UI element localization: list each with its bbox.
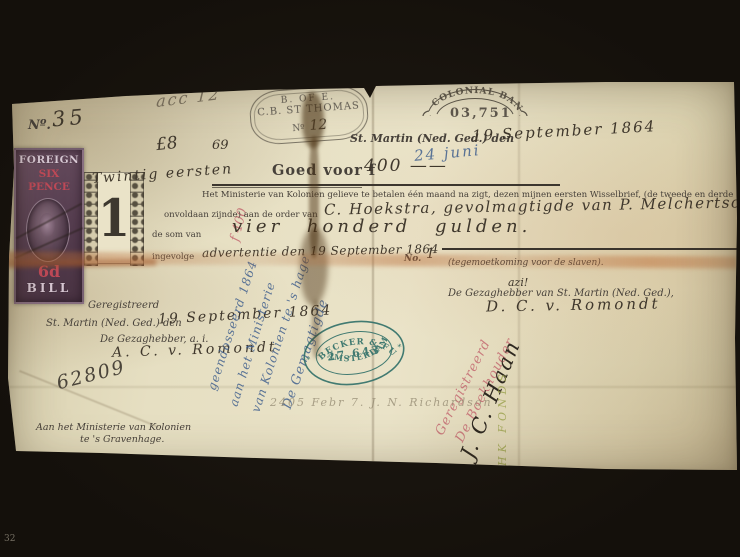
photo-mat: 32 31 acc 12 Nº. 35 FOREIGN SIX PENCE 6d…	[0, 0, 740, 557]
revenue-stamp-country: FOREIGN	[16, 154, 82, 166]
exchange-note-pounds: £8	[155, 133, 179, 155]
becker-fuld-star: *	[306, 355, 311, 364]
dateline-handwritten-date: 19 September 1864	[472, 117, 657, 145]
bottom-ink-number: 62809	[54, 356, 128, 394]
mat-pencil-mark: 32	[4, 534, 15, 544]
amount-handwritten: 400 ——	[364, 156, 448, 176]
bottom-pencil-note: 2405 Febr 7. J. N. Richardson	[270, 396, 493, 409]
body-no-label: No.	[404, 254, 421, 264]
body-no-value: 1	[426, 246, 435, 262]
revenue-stamp-value-word1: SIX	[16, 168, 82, 180]
body-line3-printed: de som van	[152, 230, 201, 240]
olive-vertical-stamp: HK FONDS	[496, 296, 509, 466]
amount-rule	[212, 184, 560, 186]
pencil-acc-note: acc 12	[156, 84, 221, 111]
amount-printed: Goed voor f	[272, 162, 376, 179]
document-number-value: 35	[51, 105, 88, 132]
amount-rule-short	[212, 187, 362, 188]
sum-rule	[442, 248, 738, 250]
registration-title: Geregistreerd	[88, 300, 159, 311]
body-line4-printed: ingevolge	[152, 252, 194, 262]
revenue-stamp-denomination: 6d	[16, 262, 82, 281]
sum-handwritten: vier honderd gulden.	[232, 216, 531, 237]
address-line1: Aan het Ministerie van Kolonien	[36, 422, 191, 433]
revenue-stamp-bill-label: BILL	[16, 281, 82, 295]
becker-fuld-star: *	[397, 342, 402, 351]
document-number-label: Nº.	[28, 118, 51, 133]
pencil-number-note: 31	[94, 83, 105, 93]
revenue-stamp-value-word2: PENCE	[16, 181, 82, 193]
exchange-note-cents: 69	[212, 138, 229, 153]
counterfoil-numeral: 1	[98, 192, 130, 244]
address-line2: te 's Gravenhage.	[80, 434, 164, 445]
colonial-bank-number: 03,751	[450, 106, 512, 121]
slave-compensation-clause: (tegemoetkoming voor de slaven).	[448, 258, 604, 268]
document-paper: 31 acc 12 Nº. 35 FOREIGN SIX PENCE 6d BI…	[6, 78, 737, 475]
ornament-column	[130, 172, 144, 266]
drawer-signature: D. C. v. Romondt	[486, 294, 661, 315]
revenue-stamp: FOREIGN SIX PENCE 6d BILL	[14, 148, 84, 304]
fold-crease-horizontal	[6, 386, 737, 388]
becker-fuld-handstamp: BECKER & FULD 27.643 AMSTERDAM * *	[298, 313, 410, 393]
handstamp-inner-border	[253, 88, 366, 142]
